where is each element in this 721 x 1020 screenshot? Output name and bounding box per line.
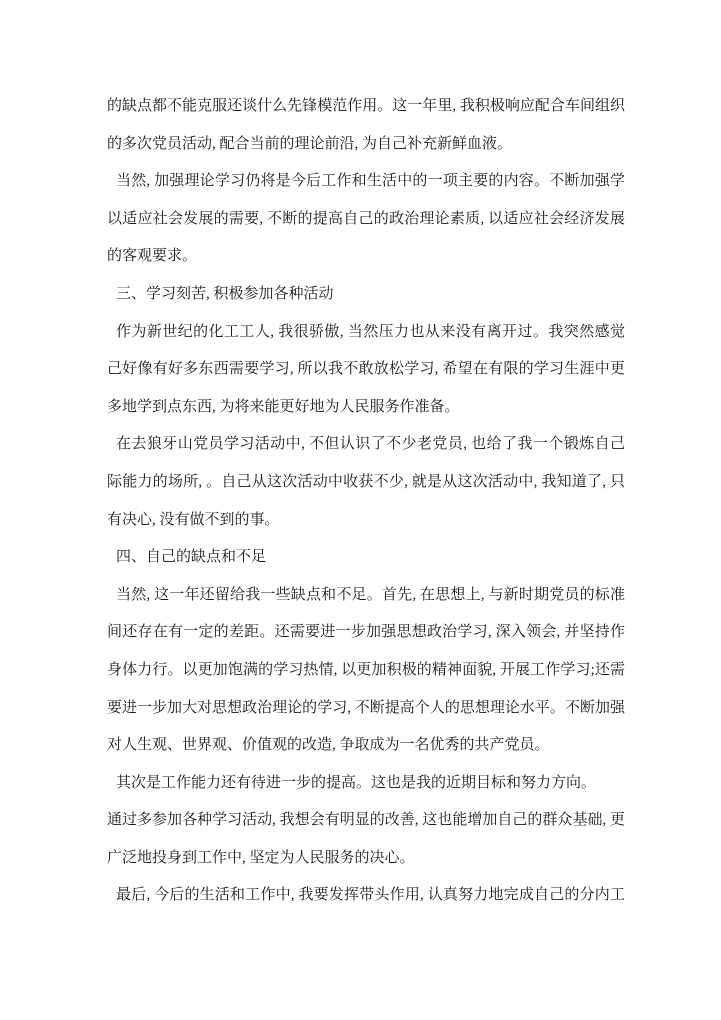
text-line: 多地学到点东西, 为将来能更好地为人民服务作准备。 bbox=[107, 389, 625, 427]
document-text: 的缺点都不能克服还谈什么先锋模范作用。这一年里, 我积极响应配合车间组织的多次党… bbox=[107, 88, 625, 915]
text-line: 间还存在有一定的差距。还需要进一步加强思想政治学习, 深入领会, 并坚持作到 bbox=[107, 614, 625, 652]
document-page: 的缺点都不能克服还谈什么先锋模范作用。这一年里, 我积极响应配合车间组织的多次党… bbox=[0, 0, 721, 1020]
text-line: 当然, 这一年还留给我一些缺点和不足。首先, 在思想上, 与新时期党员的标准之 bbox=[107, 577, 625, 615]
text-line: 最后, 今后的生活和工作中, 我要发挥带头作用, 认真努力地完成自己的分内工 bbox=[107, 877, 625, 915]
text-line: 四、自己的缺点和不足 bbox=[107, 539, 625, 577]
text-line: 其次是工作能力还有待进一步的提高。这也是我的近期目标和努力方向。 bbox=[107, 765, 625, 803]
text-line: 的客观要求。 bbox=[107, 238, 625, 276]
text-line: 广泛地投身到工作中, 坚定为人民服务的决心。 bbox=[107, 840, 625, 878]
text-line: 在去狼牙山党员学习活动中, 不但认识了不少老党员, 也给了我一个锻炼自己交 bbox=[107, 426, 625, 464]
text-line: 以适应社会发展的需要, 不断的提高自己的政治理论素质, 以适应社会经济发展 bbox=[107, 201, 625, 239]
text-line: 际能力的场所, 。自己从这次活动中收获不少, 就是从这次活动中, 我知道了, 只… bbox=[107, 464, 625, 502]
text-line: 三、学习刻苦, 积极参加各种活动 bbox=[107, 276, 625, 314]
text-line: 对人生观、世界观、价值观的改造, 争取成为一名优秀的共产党员。 bbox=[107, 727, 625, 765]
text-line: 有决心, 没有做不到的事。 bbox=[107, 502, 625, 540]
text-line: 己好像有好多东西需要学习, 所以我不敢放松学习, 希望在有限的学习生涯中更 bbox=[107, 351, 625, 389]
text-line: 要进一步加大对思想政治理论的学习, 不断提高个人的思想理论水平。不断加强 bbox=[107, 690, 625, 728]
text-line: 的缺点都不能克服还谈什么先锋模范作用。这一年里, 我积极响应配合车间组织 bbox=[107, 88, 625, 126]
text-line: 当然, 加强理论学习仍将是今后工作和生活中的一项主要的内容。不断加强学习, bbox=[107, 163, 625, 201]
text-line: 身体力行。以更加饱满的学习热情, 以更加积极的精神面貌, 开展工作学习;还需 bbox=[107, 652, 625, 690]
text-line: 的多次党员活动, 配合当前的理论前沿, 为自己补充新鲜血液。 bbox=[107, 126, 625, 164]
text-line: 通过多参加各种学习活动, 我想会有明显的改善, 这也能增加自己的群众基础, 更 bbox=[107, 802, 625, 840]
text-line: 作为新世纪的化工工人, 我很骄傲, 当然压力也从来没有离开过。我突然感觉自 bbox=[107, 314, 625, 352]
